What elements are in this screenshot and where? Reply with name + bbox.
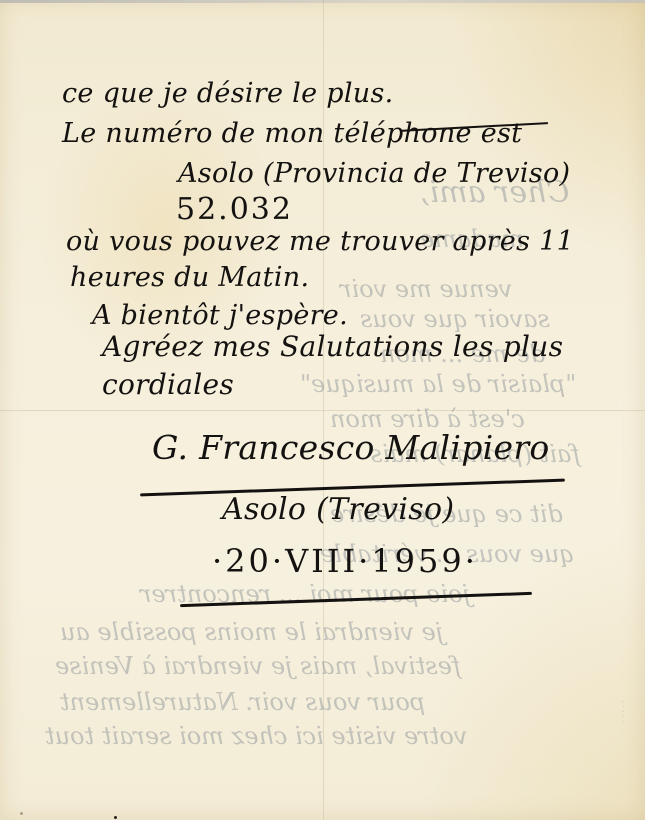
ink-speck: [114, 816, 117, 819]
letter-line: heures du Matin.: [70, 262, 309, 293]
letter-line: Le numéro de mon téléphone est: [62, 118, 522, 149]
bleed-through-line: "plaisir de la musique": [300, 370, 576, 398]
letter-line: Agréez mes Salutations les plus: [102, 330, 563, 363]
letter-line: où vous pouvez me trouver après 11: [66, 226, 574, 257]
horizontal-fold-crease: [0, 410, 645, 411]
signature-place: Asolo (Treviso): [222, 492, 454, 527]
bleed-through-line: festival, mais je viendrai à Venise: [55, 652, 461, 680]
letter-line-address: Asolo (Provincia de Treviso): [178, 158, 570, 189]
paper-stain: [20, 812, 23, 815]
signature: G. Francesco Malipiero: [152, 428, 550, 467]
bleed-through-line: venue me voir: [340, 275, 512, 303]
signature-date: ·20·VIII·1959·: [212, 542, 478, 580]
bleed-through-line: je viendrai le moins possible au: [60, 618, 443, 646]
bleed-through-line: savoir que vous: [360, 305, 550, 333]
bleed-through-line: votre visite ici chez moi serait tout: [45, 722, 467, 750]
letter-line: ce que je désire le plus.: [62, 78, 394, 109]
letter-line-phone-number: 52.032: [176, 192, 293, 227]
archive-pencil-mark: · · · · ·: [618, 700, 627, 723]
letter-line: A bientôt j'espère.: [92, 300, 348, 331]
letter-line: cordiales: [102, 368, 234, 401]
bleed-through-line: pour vous voir. Naturellement: [60, 688, 425, 716]
